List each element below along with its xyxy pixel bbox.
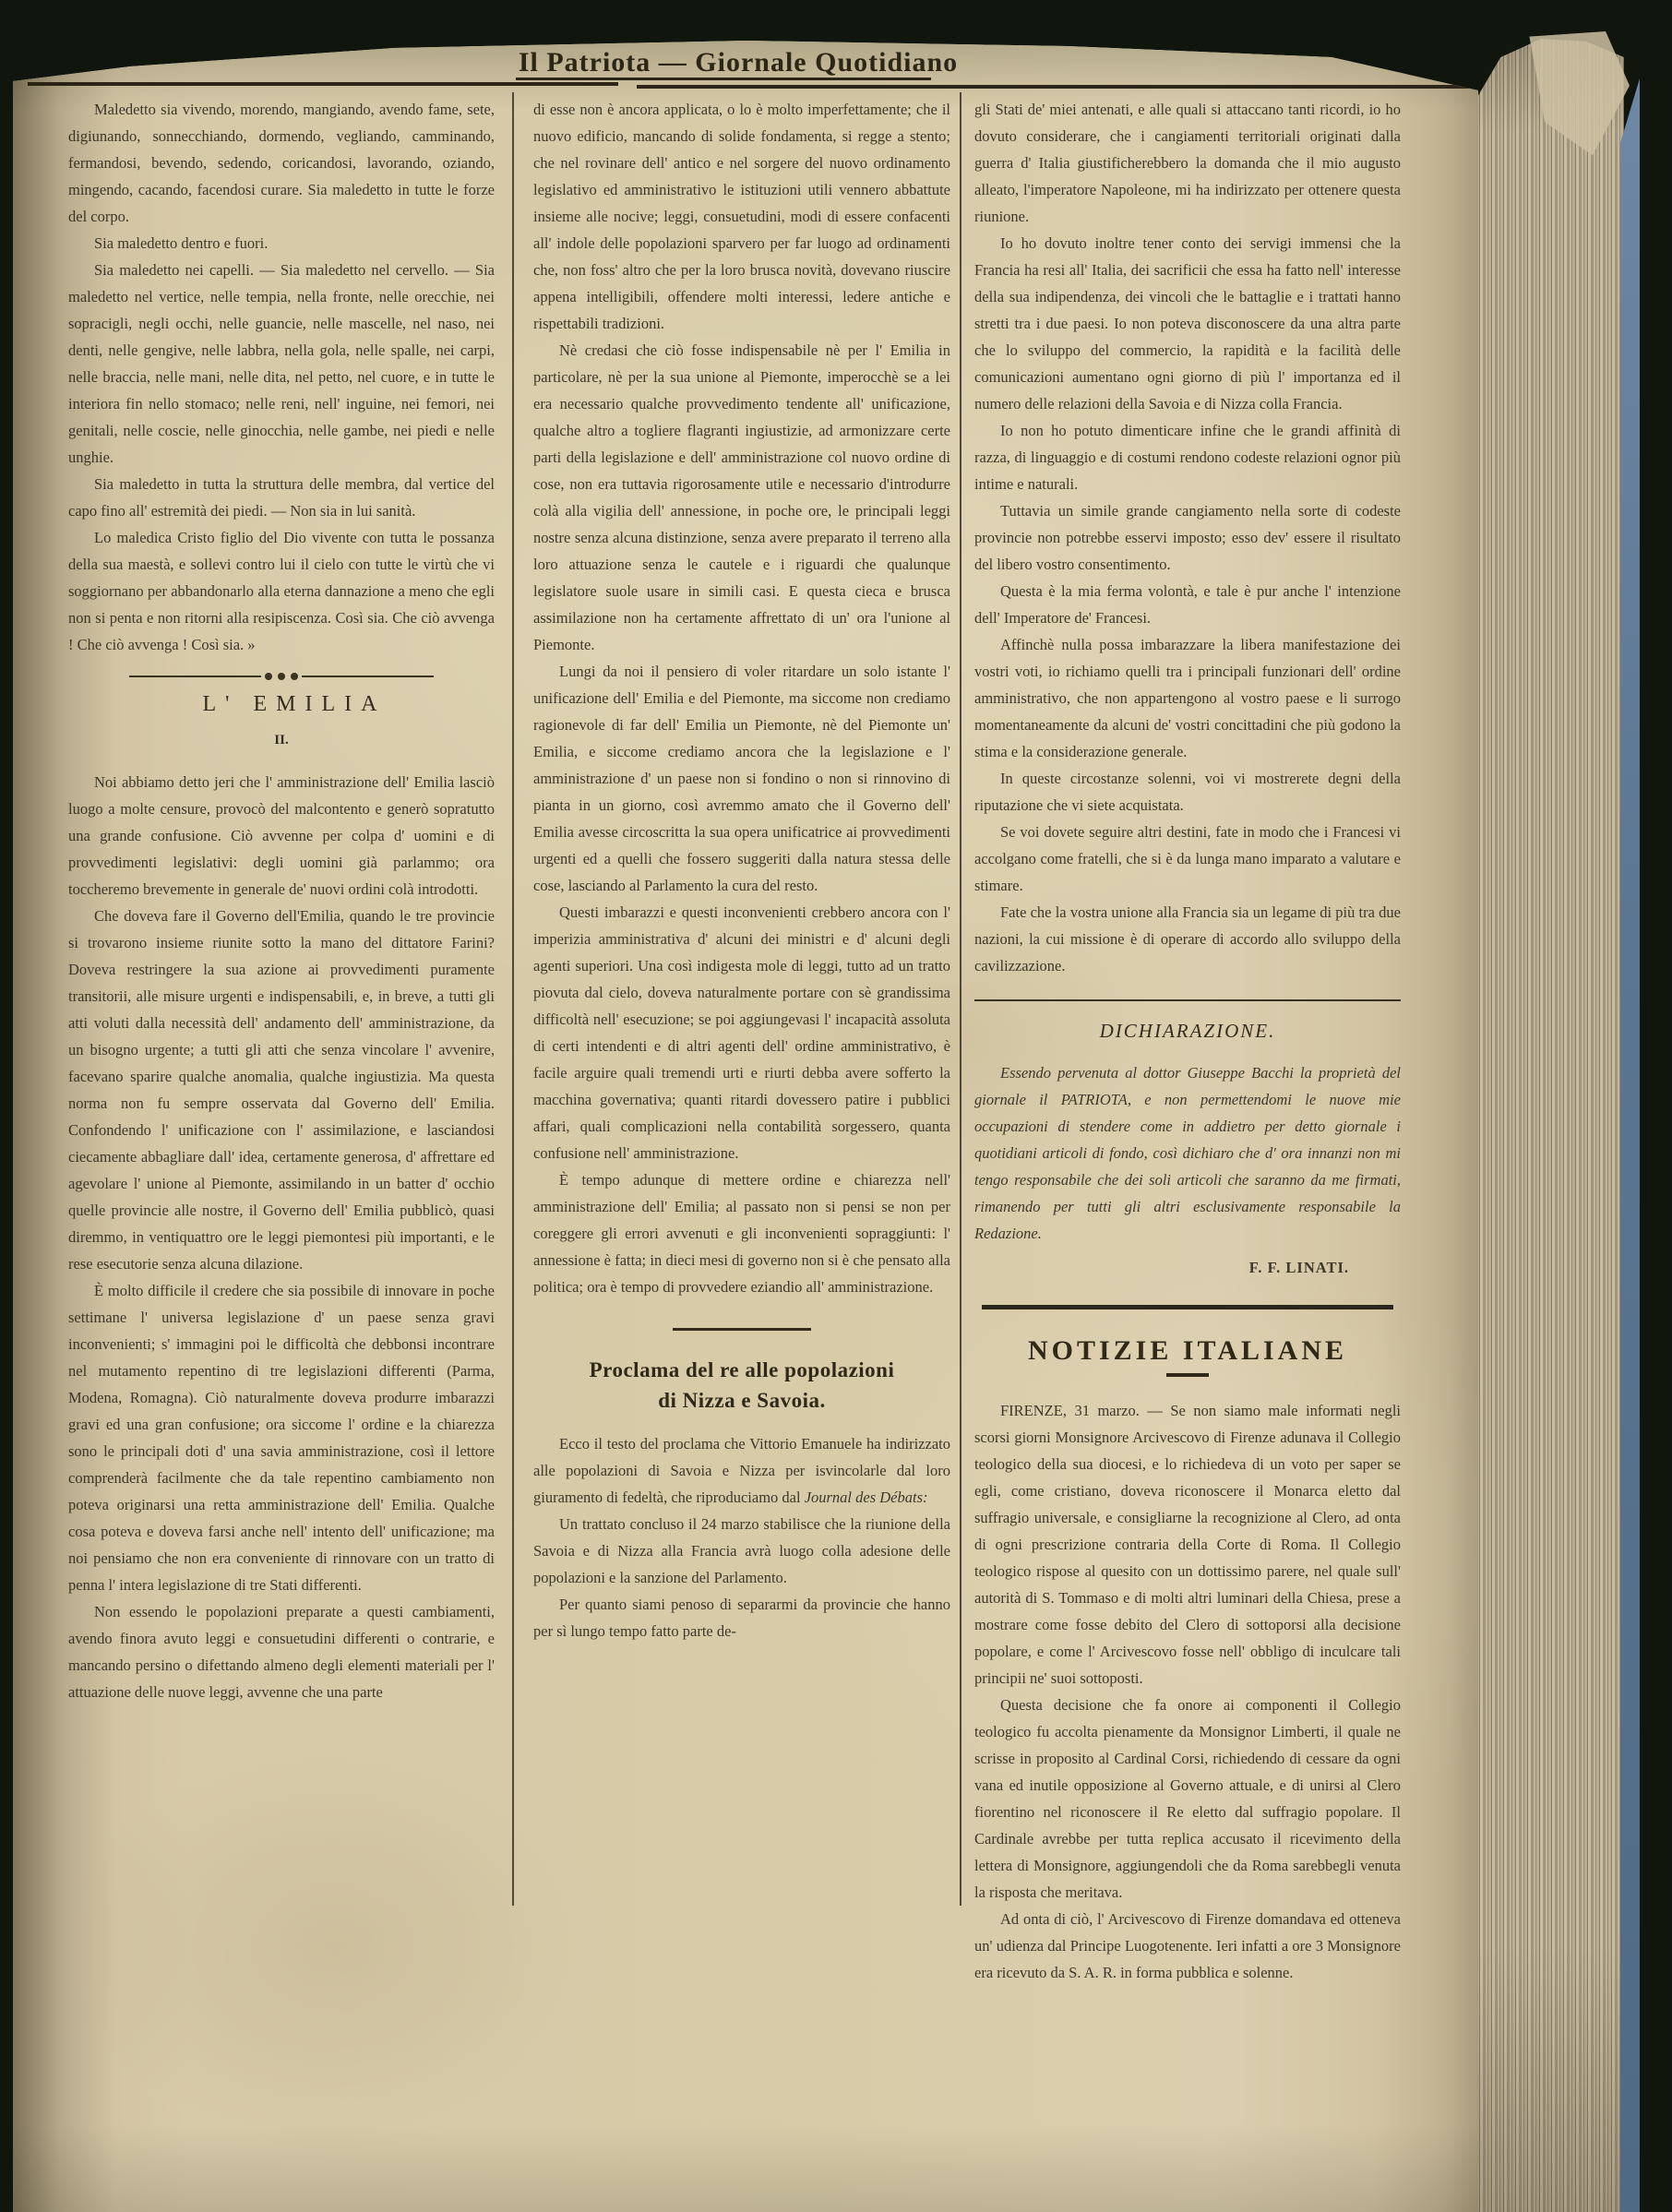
section-title-dichiarazione: DICHIARAZIONE.: [974, 1018, 1401, 1045]
ornament-divider: [129, 673, 434, 680]
paragraph: Per quanto siami penoso di separarmi da …: [533, 1591, 950, 1644]
ornament-dots-icon: [278, 673, 285, 680]
paragraph: Fate che la vostra unione alla Francia s…: [974, 899, 1401, 979]
paragraph: Non essendo le popolazioni preparate a q…: [68, 1598, 495, 1705]
masthead-title: Il Patriota — Giornale Quotidiano: [68, 47, 1408, 78]
column-3: gli Stati de' miei antenati, e alle qual…: [974, 96, 1401, 1986]
paragraph: Lo maledica Cristo figlio del Dio vivent…: [68, 524, 495, 658]
column-divider-2: [960, 92, 961, 1906]
thin-rule: [974, 999, 1401, 1001]
paragraph: Nè credasi che ciò fosse indispensabile …: [533, 337, 950, 658]
paragraph: Tuttavia un simile grande cangiamento ne…: [974, 497, 1401, 578]
short-rule: [673, 1328, 811, 1331]
newspaper-page: Il Patriota — Giornale Quotidiano Malede…: [13, 0, 1478, 2212]
column-2: di esse non è ancora applicata, o lo è m…: [533, 96, 950, 1644]
paragraph: Ad onta di ciò, l' Arcivescovo di Firenz…: [974, 1906, 1401, 1986]
journal-reference: Journal des Débats:: [805, 1489, 928, 1506]
paragraph: È tempo adunque di mettere ordine e chia…: [533, 1166, 950, 1300]
paragraph: Noi abbiamo detto jeri che l' amministra…: [68, 769, 495, 903]
newspaper-scan: Il Patriota — Giornale Quotidiano Malede…: [0, 0, 1672, 2212]
thick-rule: [982, 1305, 1393, 1309]
dichiarazione-body: Essendo pervenuta al dottor Giuseppe Bac…: [974, 1059, 1401, 1247]
paragraph: Questi imbarazzi e questi inconvenienti …: [533, 899, 950, 1166]
paragraph: Questa è la mia ferma volontà, e tale è …: [974, 578, 1401, 631]
paragraph: Lungi da noi il pensiero di voler ritard…: [533, 658, 950, 899]
paragraph: Ecco il testo del proclama che Vittorio …: [533, 1430, 950, 1511]
column-1: Maledetto sia vivendo, morendo, mangiand…: [68, 96, 495, 1705]
paragraph: Io ho dovuto inoltre tener conto dei ser…: [974, 230, 1401, 417]
article-title-line2: di Nizza e Savoia.: [658, 1389, 826, 1412]
paragraph: Questa decisione che fa onore ai compone…: [974, 1692, 1401, 1906]
signature: F. F. LINATI.: [974, 1254, 1401, 1281]
masthead-underline: [516, 78, 931, 80]
section-title-emilia: L' EMILIA: [68, 691, 495, 718]
section-subtitle-emilia: II.: [68, 727, 495, 754]
article-title-line1: Proclama del re alle popolazioni: [590, 1358, 895, 1381]
book-fore-edge: [1474, 0, 1624, 2212]
head-rule-left: [28, 82, 618, 86]
notizie-dash: [1166, 1373, 1209, 1377]
paragraph: In queste circostanze solenni, voi vi mo…: [974, 765, 1401, 819]
paragraph: Che doveva fare il Governo dell'Emilia, …: [68, 903, 495, 1277]
paragraph: Affinchè nulla possa imbarazzare la libe…: [974, 631, 1401, 765]
paragraph: È molto difficile il credere che sia pos…: [68, 1277, 495, 1598]
paragraph: Se voi dovete seguire altri destini, fat…: [974, 819, 1401, 899]
column-divider-1: [512, 92, 514, 1906]
section-title-notizie: NOTIZIE ITALIANE: [974, 1337, 1401, 1364]
paragraph: Sia maledetto dentro e fuori.: [68, 230, 495, 257]
paragraph: gli Stati de' miei antenati, e alle qual…: [974, 96, 1401, 230]
article-title-proclama: Proclama del re alle popolazioni di Nizz…: [533, 1355, 950, 1416]
paragraph: di esse non è ancora applicata, o lo è m…: [533, 96, 950, 337]
paragraph: Maledetto sia vivendo, morendo, mangiand…: [68, 96, 495, 230]
head-rule-right: [637, 85, 1469, 89]
paragraph: FIRENZE, 31 marzo. — Se non siamo male i…: [974, 1397, 1401, 1692]
paragraph: Sia maledetto in tutta la struttura dell…: [68, 471, 495, 524]
paragraph: Io non ho potuto dimenticare infine che …: [974, 417, 1401, 497]
book-cover-edge: [1620, 78, 1640, 2212]
paragraph: Un trattato concluso il 24 marzo stabili…: [533, 1511, 950, 1591]
paragraph: Sia maledetto nei capelli. — Sia maledet…: [68, 257, 495, 471]
